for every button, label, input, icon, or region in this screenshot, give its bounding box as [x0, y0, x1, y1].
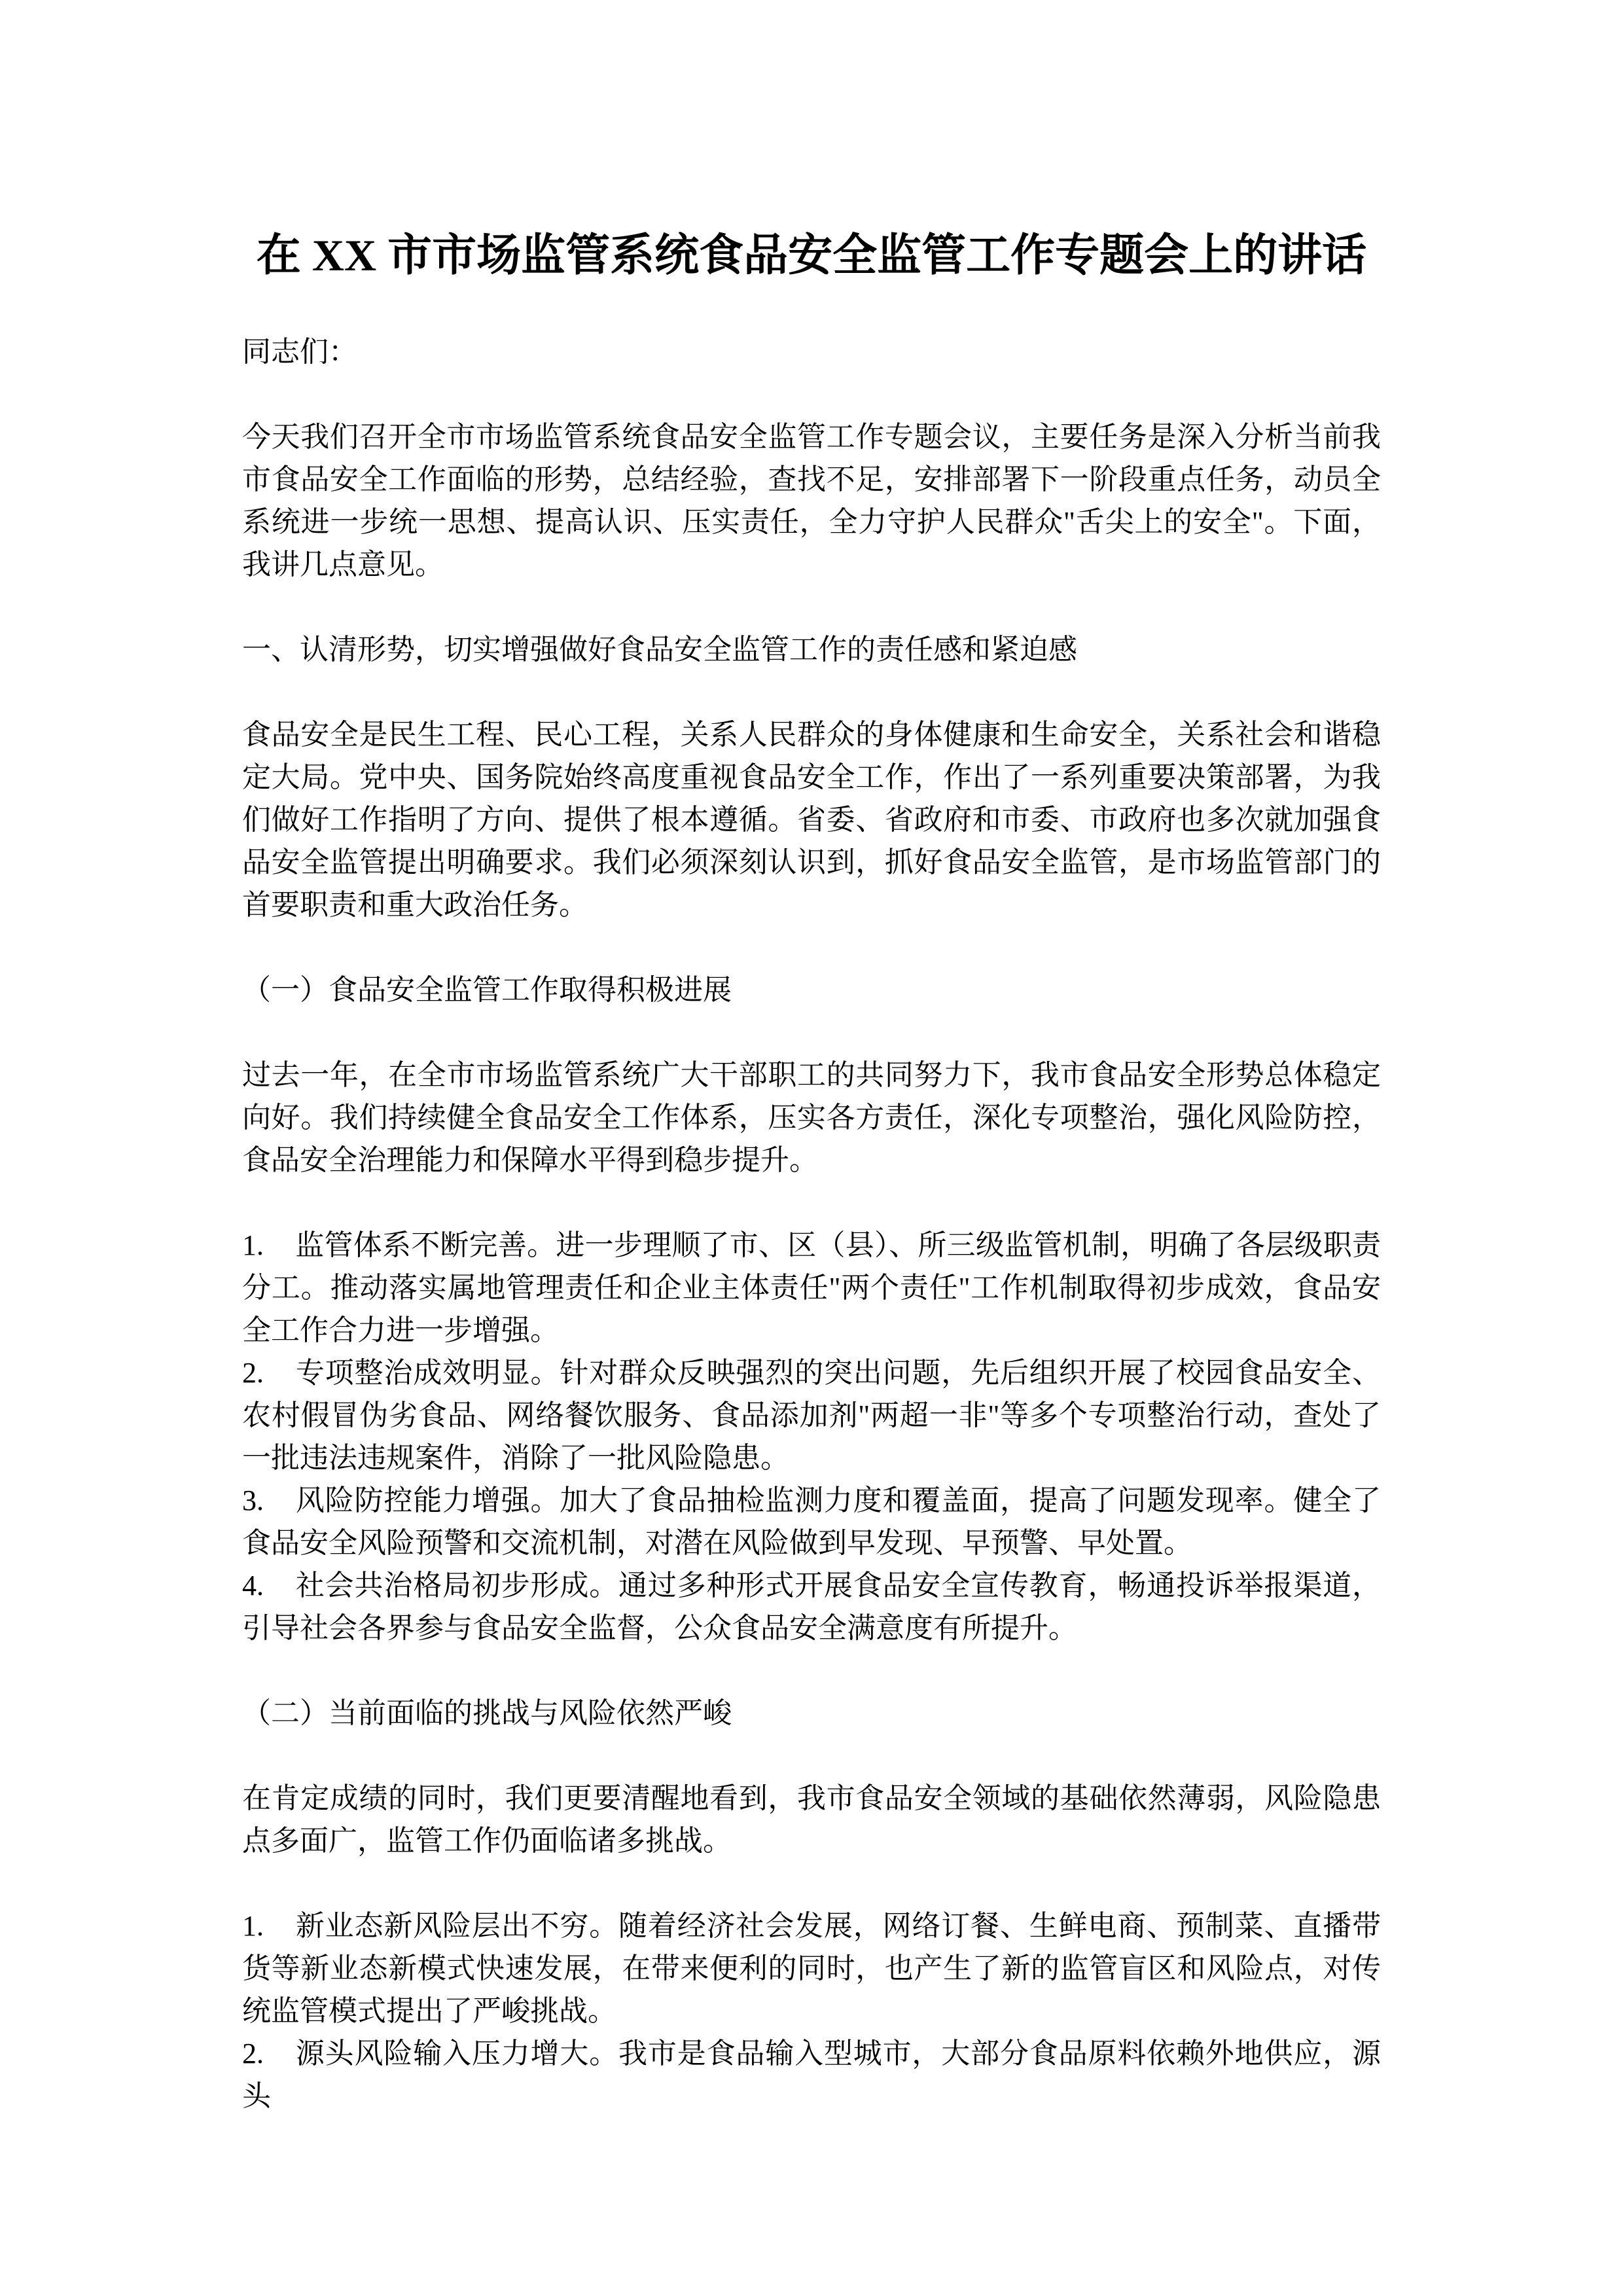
list-item: 4.社会共治格局初步形成。通过多种形式开展食品安全宣传教育，畅通投诉举报渠道，引…	[242, 1564, 1381, 1649]
section-1-heading: 一、认清形势，切实增强做好食品安全监管工作的责任感和紧迫感	[242, 628, 1381, 671]
list-item-text: 新业态新风险层出不穷。随着经济社会发展，网络订餐、生鲜电商、预制菜、直播带货等新…	[242, 1910, 1381, 2027]
list-item-text: 风险防控能力增强。加大了食品抽检监测力度和覆盖面，提高了问题发现率。健全了食品安…	[242, 1484, 1381, 1559]
list-item: 2.专项整治成效明显。针对群众反映强烈的突出问题，先后组织开展了校园食品安全、农…	[242, 1352, 1381, 1479]
list-item-text: 专项整治成效明显。针对群众反映强烈的突出问题，先后组织开展了校园食品安全、农村假…	[242, 1357, 1381, 1474]
list-item: 3.风险防控能力增强。加大了食品抽检监测力度和覆盖面，提高了问题发现率。健全了食…	[242, 1479, 1381, 1564]
list-item: 1.新业态新风险层出不穷。随着经济社会发展，网络订餐、生鲜电商、预制菜、直播带货…	[242, 1905, 1381, 2032]
list-item-text: 源头风险输入压力增大。我市是食品输入型城市，大部分食品原料依赖外地供应，源头	[242, 2037, 1381, 2112]
document-content: 在 XX 市市场监管系统食品安全监管工作专题会上的讲话 同志们： 今天我们召开全…	[242, 0, 1381, 2117]
doc-title: 在 XX 市市场监管系统食品安全监管工作专题会上的讲话	[242, 223, 1381, 288]
list-item: 2.源头风险输入压力增大。我市是食品输入型城市，大部分食品原料依赖外地供应，源头	[242, 2032, 1381, 2117]
achievement-list: 1.监管体系不断完善。进一步理顺了市、区（县）、所三级监管机制，明确了各层级职责…	[242, 1224, 1381, 1649]
list-item-number: 2.	[242, 2032, 264, 2075]
list-item-number: 4.	[242, 1564, 264, 1607]
salutation: 同志们：	[242, 331, 1381, 373]
list-item-number: 1.	[242, 1905, 264, 1947]
list-item-number: 2.	[242, 1352, 264, 1394]
list-item-text: 社会共治格局初步形成。通过多种形式开展食品安全宣传教育，畅通投诉举报渠道，引导社…	[242, 1570, 1381, 1644]
document-page: 在 XX 市市场监管系统食品安全监管工作专题会上的讲话 同志们： 今天我们召开全…	[0, 0, 1623, 2296]
list-item-text: 监管体系不断完善。进一步理顺了市、区（县）、所三级监管机制，明确了各层级职责分工…	[242, 1229, 1381, 1346]
list-item-number: 1.	[242, 1224, 264, 1266]
subsection-1-lead-paragraph: 过去一年，在全市市场监管系统广大干部职工的共同努力下，我市食品安全形势总体稳定向…	[242, 1054, 1381, 1181]
subsection-2-heading: （二）当前面临的挑战与风险依然严峻	[242, 1692, 1381, 1734]
subsection-2-lead-paragraph: 在肯定成绩的同时，我们更要清醒地看到，我市食品安全领域的基础依然薄弱，风险隐患点…	[242, 1777, 1381, 1862]
section-1-lead-paragraph: 食品安全是民生工程、民心工程，关系人民群众的身体健康和生命安全，关系社会和谐稳定…	[242, 713, 1381, 926]
challenge-list: 1.新业态新风险层出不穷。随着经济社会发展，网络订餐、生鲜电商、预制菜、直播带货…	[242, 1905, 1381, 2117]
list-item: 1.监管体系不断完善。进一步理顺了市、区（县）、所三级监管机制，明确了各层级职责…	[242, 1224, 1381, 1352]
intro-paragraph: 今天我们召开全市市场监管系统食品安全监管工作专题会议，主要任务是深入分析当前我市…	[242, 416, 1381, 586]
list-item-number: 3.	[242, 1479, 264, 1522]
subsection-1-heading: （一）食品安全监管工作取得积极进展	[242, 969, 1381, 1011]
